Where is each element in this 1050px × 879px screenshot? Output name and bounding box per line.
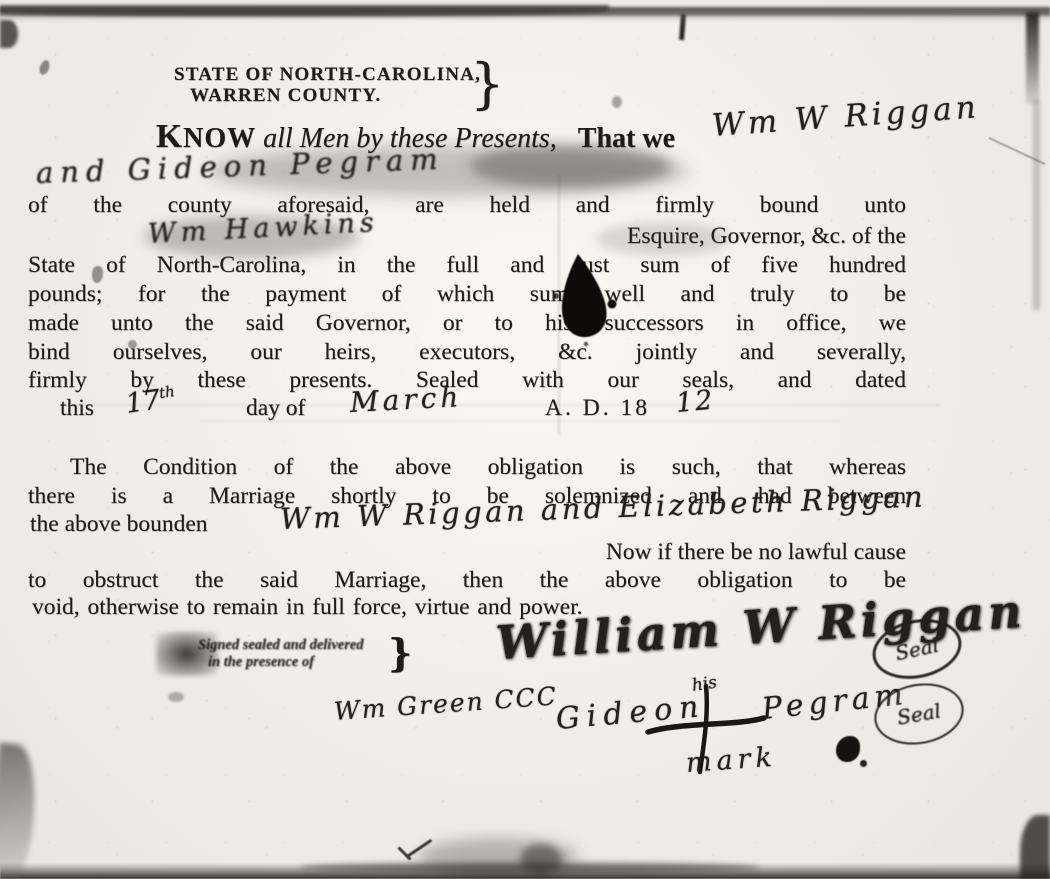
surety-mark-label: mark xyxy=(685,742,778,779)
checkmark-stroke-short xyxy=(397,846,411,860)
condition-line-4: Now if there be no lawful cause xyxy=(28,538,906,566)
handwritten-year: 12 xyxy=(675,385,716,419)
show-through-line-1 xyxy=(60,404,940,406)
handwritten-principal-name: Wm W Riggan xyxy=(711,89,981,144)
attestation-line-1: Signed sealed and delivered xyxy=(198,637,364,654)
speck-center-1 xyxy=(612,96,622,108)
streak-right-edge xyxy=(1033,100,1040,310)
header-brace: } xyxy=(470,52,504,115)
smudge-bottom-left-edge xyxy=(0,742,41,879)
attestation-block: Signed sealed and delivered in the prese… xyxy=(198,637,364,671)
smudge-bottom-center xyxy=(418,838,578,876)
bond-line-4: pounds; for the payment of which sum wel… xyxy=(28,280,906,308)
attestation-line-2: in the presence of xyxy=(208,654,364,671)
handwritten-day: 17th xyxy=(124,382,178,420)
header-county-line: WARREN COUNTY. xyxy=(190,85,481,106)
scratch-right-edge xyxy=(988,137,1045,165)
attestation-brace: } xyxy=(388,630,412,675)
ink-drip-top xyxy=(679,14,686,40)
surety-seal-label: Seal xyxy=(895,698,942,729)
handwritten-surety-name: and Gideon Pegram xyxy=(35,142,445,190)
speck-left-4 xyxy=(168,692,184,702)
checkmark-stroke-long xyxy=(406,839,433,858)
bond-line-1: of the county aforesaid, are held and fi… xyxy=(28,191,906,219)
handwritten-month: March xyxy=(349,380,463,419)
witness-signature: Wm Green CCC xyxy=(333,681,559,726)
condition-line-1: The Condition of the above obligation is… xyxy=(70,453,906,481)
condition-line-5: to obstruct the said Marriage, then the … xyxy=(28,566,906,594)
marriage-bond-document: STATE OF NORTH-CAROLINA, WARREN COUNTY. … xyxy=(0,0,1050,879)
opening-that-we: That we xyxy=(578,123,675,154)
date-ad-label: A. D. 18 xyxy=(545,395,650,422)
condition-line-3: the above bounden xyxy=(30,511,208,538)
bond-line-3: State of North-Carolina, in the full and… xyxy=(28,251,906,279)
document-header: STATE OF NORTH-CAROLINA, WARREN COUNTY. xyxy=(174,64,481,106)
speck-left-1 xyxy=(38,59,52,76)
date-this-label: this xyxy=(60,395,94,422)
torn-edge-bottom xyxy=(0,863,1050,879)
torn-edge-bottom-center xyxy=(300,862,760,873)
ink-blot-bottom-right xyxy=(836,736,860,762)
bond-line-6: bind ourselves, our heirs, executors, &c… xyxy=(28,338,906,366)
smudge-bottom-center-core xyxy=(520,844,562,874)
date-day-of-label: day of xyxy=(246,395,305,422)
corner-wedge-top-left xyxy=(0,20,18,48)
bond-line-2: Esquire, Governor, &c. of the xyxy=(28,222,906,250)
header-state-line: STATE OF NORTH-CAROLINA, xyxy=(174,64,481,85)
corner-wedge-bottom-right xyxy=(1020,815,1050,879)
torn-edge-top xyxy=(0,0,1050,22)
ink-dot-bottom-right xyxy=(860,760,867,767)
streak-top-right xyxy=(1026,12,1039,104)
bond-line-5: made unto the said Governor, or to his s… xyxy=(28,309,906,337)
torn-edge-top-left-band xyxy=(0,5,609,16)
